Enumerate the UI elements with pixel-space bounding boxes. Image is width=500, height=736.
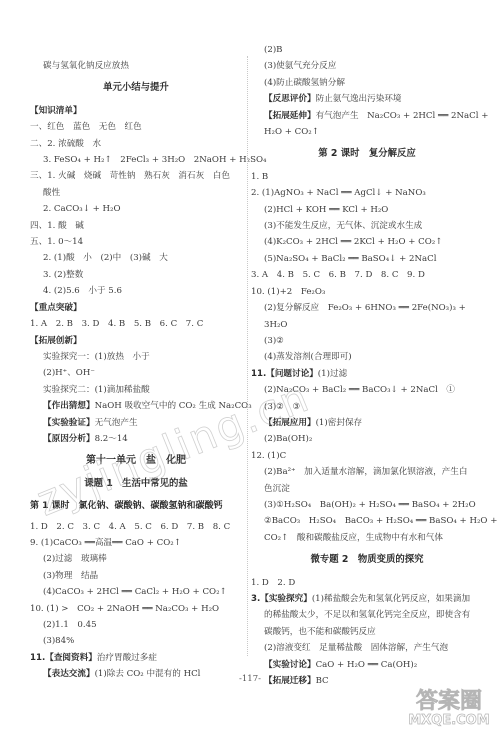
- answer-line: (2)Ba(OH)₂: [251, 431, 483, 447]
- answer-line: 1. B: [251, 169, 483, 185]
- watermark-corner-bottom: MXQE.COM: [408, 714, 490, 728]
- answer-text: (1)过滤: [318, 369, 347, 379]
- answer-text: 无气泡产生: [95, 418, 138, 428]
- page-number: -117-: [0, 674, 500, 684]
- answer-line: 二、2. 浓硫酸 水: [30, 136, 242, 152]
- answer-line: (3)①H₂SO₄ Ba(OH)₂ + H₂SO₄ ══ BaSO₄ + 2H₂…: [251, 497, 483, 513]
- right-column: (2)B(3)使氨气充分反应(4)防止碳酸氢钠分解【反思评价】防止氨气逸出污染环…: [251, 42, 483, 689]
- section-tag: 3.【实验探究】: [251, 594, 312, 604]
- answer-line: (2)复分解反应 Fe₂O₃ + 6HNO₃ ══ 2Fe(NO₃)₃ +: [251, 300, 483, 316]
- section-tag: 11.【查阅资料】: [30, 653, 97, 663]
- answer-line: 2. CaCO₃↓ + H₂O: [30, 201, 242, 217]
- answer-line: 酸性: [30, 185, 242, 201]
- answer-line: (2)B: [251, 42, 483, 58]
- answer-line: (4)蒸发溶剂(合理即可): [251, 349, 483, 365]
- column-divider: [247, 56, 248, 656]
- answer-line-tagged: 【实验讨论】CaO + H₂O ══ Ca(OH)₂: [251, 657, 483, 673]
- answer-line: 三、1. 火碱 烧碱 苛性钠 熟石灰 消石灰 白色: [30, 168, 242, 184]
- answer-line: (4)K₂CO₃ + 2HCl ══ 2KCl + H₂O + CO₂↑: [251, 234, 483, 250]
- answer-line: 五、1. 0～14: [30, 234, 242, 250]
- answer-line: (3)84%: [30, 633, 242, 649]
- answer-line: 色沉淀: [251, 481, 483, 497]
- section-tag: 【知识清单】: [30, 106, 82, 116]
- answer-text: 防止氨气逸出污染环境: [316, 94, 402, 104]
- section-tag: 【重点突破】: [30, 303, 82, 313]
- answer-line: 1. A 2. B 3. D 4. B 5. B 6. C 7. C: [30, 316, 242, 332]
- answer-line: CO₂↑ 酸和碳酸盐反应，生成物中有水和气体: [251, 530, 483, 546]
- section-tag: 【原因分析】: [43, 434, 95, 444]
- answer-line: 碳与氢氧化钠反应放热: [30, 58, 242, 74]
- answer-line: 2. (1)AgNO₃ + NaCl ══ AgCl↓ + NaNO₃: [251, 185, 483, 201]
- answer-line: 实验探究一：(1)放热 小于: [30, 349, 242, 365]
- answer-line-tagged: 【重点突破】: [30, 300, 242, 316]
- watermark-corner-logo: 答案圈 MXQE.COM: [408, 690, 490, 728]
- answer-text: 治疗胃酸过多症: [97, 653, 157, 663]
- answer-line: (2)溶液变红 足量稀盐酸 固体溶解，产生气泡: [251, 640, 483, 656]
- section-tag: 【拓展创新】: [30, 336, 82, 346]
- answer-line-tagged: 3.【实验探究】(1)稀盐酸会先和氢氧化钙反应，如果滴加: [251, 591, 483, 607]
- answer-line: 四、1. 酸 碱: [30, 218, 242, 234]
- answer-line: 3. FeSO₄ + H₂↑ 2FeCl₃ + 3H₂O 2NaOH + H₂S…: [30, 152, 242, 168]
- answer-line: 2. (1)酸 小 (2)中 (3)碱 大: [30, 250, 242, 266]
- answer-line: 碳酸钙，也不能和碳酸钙反应: [251, 624, 483, 640]
- answer-line: (2)HCl + KOH ══ KCl + H₂O: [251, 202, 483, 218]
- answer-text: (1)密封保存: [316, 418, 363, 428]
- answer-line: ②BaCO₃ H₂SO₄ BaCO₃ + H₂SO₄ ══ BaSO₄ + H₂…: [251, 513, 483, 529]
- answer-line: 10. (1)+2 Fe₂O₃: [251, 284, 483, 300]
- answer-line: 的稀盐酸太少，不足以和氢氧化钙完全反应，即使含有: [251, 607, 483, 623]
- section-tag: 【实验验证】: [43, 418, 95, 428]
- answer-line: 3. (2)整数: [30, 267, 242, 283]
- section-heading: 第 2 课时 复分解反应: [251, 146, 483, 162]
- answer-key-page: 碳与氢氧化钠反应放热单元小结与提升【知识清单】一、红色 蓝色 无色 红色二、2.…: [0, 0, 500, 736]
- answer-line: 3H₂O: [251, 317, 483, 333]
- answer-line: (3)不能发生反应，无气体、沉淀或水生成: [251, 218, 483, 234]
- answer-line: 实验探究二：(1)滴加稀盐酸: [30, 382, 242, 398]
- answer-line-tagged: 【知识清单】: [30, 103, 242, 119]
- section-tag: 【拓展延伸】: [264, 111, 316, 121]
- answer-line: (2)1.1 0.45: [30, 617, 242, 633]
- answer-line: 1. D 2. D: [251, 575, 483, 591]
- answer-line: 12. (1)C: [251, 448, 483, 464]
- answer-line: (3)②: [251, 333, 483, 349]
- answer-line: 4. (2)5.6 小于 5.6: [30, 283, 242, 299]
- answer-line: (3)物理 结晶: [30, 568, 242, 584]
- section-tag: 【作出猜想】: [43, 401, 95, 411]
- answer-line-tagged: 【拓展创新】: [30, 333, 242, 349]
- answer-line: H₂O + CO₂↑: [251, 124, 483, 140]
- section-heading: 微专题 2 物质变质的探究: [251, 552, 483, 568]
- answer-line: (4)CaCO₃ + 2HCl ══ CaCl₂ + H₂O + CO₂↑: [30, 584, 242, 600]
- section-heading: 单元小结与提升: [30, 80, 242, 96]
- left-column: 碳与氢氧化钠反应放热单元小结与提升【知识清单】一、红色 蓝色 无色 红色二、2.…: [30, 58, 242, 683]
- answer-line: 1. D 2. C 3. C 4. A 5. C 6. D 7. B 8. C: [30, 519, 242, 535]
- section-tag: 【实验讨论】: [264, 660, 316, 670]
- answer-line-tagged: 11.【查阅资料】治疗胃酸过多症: [30, 650, 242, 666]
- watermark-corner-top: 答案圈: [408, 690, 490, 714]
- answer-text: 有气泡产生 Na₂CO₃ + 2HCl ══ 2NaCl +: [316, 111, 489, 121]
- answer-line-tagged: 【拓展延伸】有气泡产生 Na₂CO₃ + 2HCl ══ 2NaCl +: [251, 108, 483, 124]
- answer-line: 10. (1) > CO₂ + 2NaOH ══ Na₂CO₃ + H₂O: [30, 601, 242, 617]
- answer-line-tagged: 【反思评价】防止氨气逸出污染环境: [251, 91, 483, 107]
- answer-line: (3)使氨气充分反应: [251, 58, 483, 74]
- answer-line: (5)Na₂SO₄ + BaCl₂ ══ BaSO₄↓ + 2NaCl: [251, 251, 483, 267]
- section-tag: 【反思评价】: [264, 94, 316, 104]
- answer-line: (4)防止碳酸氢钠分解: [251, 75, 483, 91]
- answer-line: (2)H⁺、OH⁻: [30, 365, 242, 381]
- answer-line: (2)过滤 玻璃棒: [30, 551, 242, 567]
- answer-line: (2)Ba²⁺ 加入适量水溶解，滴加氯化钡溶液，产生白: [251, 464, 483, 480]
- answer-line: 一、红色 蓝色 无色 红色: [30, 119, 242, 135]
- answer-text: (1)稀盐酸会先和氢氧化钙反应，如果滴加: [312, 594, 470, 604]
- answer-line: 3. A 4. B 5. C 6. B 7. D 8. C 9. D: [251, 267, 483, 283]
- answer-text: CaO + H₂O ══ Ca(OH)₂: [316, 660, 418, 670]
- answer-line: 9. (1)CaCO₃ ══高温══ CaO + CO₂↑: [30, 535, 242, 551]
